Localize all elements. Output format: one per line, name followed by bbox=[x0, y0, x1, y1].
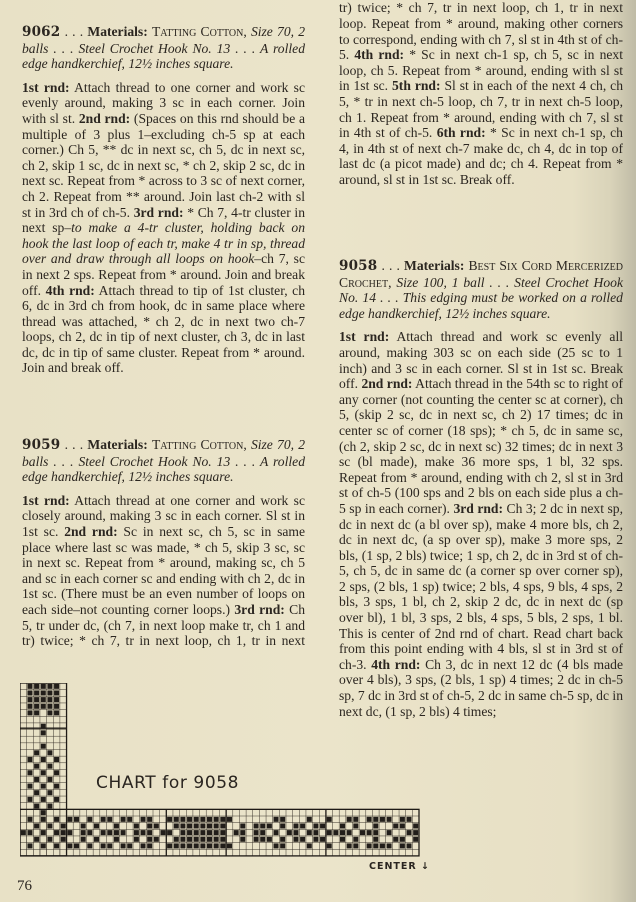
round-label: 4th rnd: bbox=[46, 283, 95, 298]
pattern-number: 9058 bbox=[339, 258, 377, 274]
pattern-instructions: 1st rnd: Attach thread and work sc evenl… bbox=[339, 329, 623, 719]
pattern-number: 9062 bbox=[22, 24, 60, 40]
pattern-header: 9059 . . . Materials: Tatting Cotton, Si… bbox=[22, 437, 305, 485]
thread-name: Tatting Cotton, bbox=[152, 24, 247, 39]
chart-grid bbox=[20, 683, 420, 860]
chart-title: CHART for 9058 bbox=[96, 773, 239, 793]
pattern-instructions: 1st rnd: Attach thread to one corner and… bbox=[22, 80, 305, 376]
round-text: (Spaces on this rnd should be a multiple… bbox=[22, 111, 305, 220]
pattern-9058: 9058 . . . Materials: Best Six Cord Merc… bbox=[339, 258, 623, 719]
page-number: 76 bbox=[17, 878, 32, 895]
materials-label: Materials: bbox=[87, 437, 147, 452]
round-label: 1st rnd: bbox=[22, 80, 70, 95]
pattern-9059: 9059 . . . Materials: Tatting Cotton, Si… bbox=[22, 437, 305, 648]
round-text: Attach thread in the 54th sc to right of… bbox=[339, 376, 623, 516]
hook-size: Steel Crochet Hook No. 13 bbox=[78, 454, 230, 469]
thread-detail: Size 100, 1 ball bbox=[396, 275, 484, 290]
chart-center-label: CENTER ↓ bbox=[369, 861, 430, 872]
pattern-9059-continued: 1st rnd: Attach thread at one corner and… bbox=[339, 0, 623, 232]
down-arrow-icon: ↓ bbox=[421, 861, 430, 872]
round-label: 3rd rnd: bbox=[134, 205, 184, 220]
round-label: 4th rnd: bbox=[354, 47, 404, 62]
pattern-instructions-continued: 1st rnd: Attach thread at one corner and… bbox=[339, 0, 623, 187]
round-label: 2nd rnd: bbox=[64, 524, 117, 539]
hook-size: Steel Crochet Hook No. 13 bbox=[78, 41, 230, 56]
pattern-header: 9058 . . . Materials: Best Six Cord Merc… bbox=[339, 258, 623, 321]
thread-name: Tatting Cotton, bbox=[152, 437, 247, 452]
center-text: CENTER bbox=[369, 861, 417, 872]
materials-label: Materials: bbox=[87, 24, 147, 39]
round-label: 2nd rnd: bbox=[79, 111, 130, 126]
round-label: 1st rnd: bbox=[339, 329, 389, 344]
filet-chart-9058 bbox=[20, 683, 420, 860]
round-label: 2nd rnd: bbox=[361, 376, 412, 391]
round-label: 3rd rnd: bbox=[234, 602, 284, 617]
round-label: 3rd rnd: bbox=[453, 501, 503, 516]
round-label: 6th rnd: bbox=[437, 125, 486, 140]
pattern-9062: 9062 . . . Materials: Tatting Cotton, Si… bbox=[22, 24, 305, 376]
pattern-instructions: 1st rnd: Attach thread at one corner and… bbox=[22, 493, 305, 648]
round-label: 5th rnd: bbox=[392, 78, 441, 93]
round-label: 4th rnd: bbox=[371, 657, 420, 672]
round-label: 1st rnd: bbox=[22, 493, 70, 508]
pattern-header: 9062 . . . Materials: Tatting Cotton, Si… bbox=[22, 24, 305, 72]
pattern-number: 9059 bbox=[22, 437, 60, 453]
round-text: Ch 3; 2 dc in next sp, dc in next dc (a … bbox=[339, 501, 623, 672]
materials-label: Materials: bbox=[404, 258, 464, 273]
